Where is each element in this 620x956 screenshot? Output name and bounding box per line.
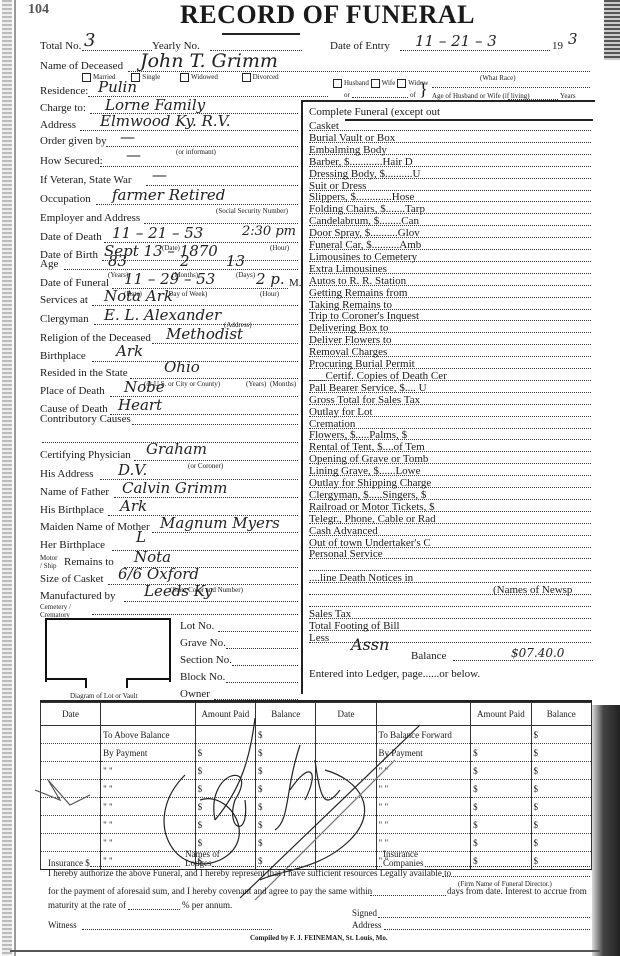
insurance-companies-field[interactable] (425, 866, 590, 867)
witness-field[interactable] (82, 929, 272, 930)
interest-rate-field[interactable] (128, 909, 180, 910)
signature-field[interactable] (378, 917, 590, 918)
insurance-label: Insurance $ (48, 858, 90, 868)
handwritten-signature-overlay (0, 0, 620, 956)
page-bottom-edge (10, 950, 600, 952)
funeral-director-field[interactable] (442, 876, 590, 877)
lodges-field[interactable] (212, 866, 382, 867)
signer-address-field[interactable] (384, 929, 590, 930)
insurance-amount-field[interactable] (90, 866, 180, 867)
address-label-footer: Address (352, 920, 382, 930)
signed-label: Signed (352, 908, 377, 918)
witness-label: Witness (48, 920, 77, 930)
authorization-text: I hereby authorize the above Funeral, an… (48, 868, 451, 878)
maturity-text: maturity at the rate of (48, 900, 126, 910)
days-field[interactable] (370, 895, 446, 896)
percent-per-annum-text: % per annum. (182, 900, 232, 910)
days-interest-text: days from date. Interest to accrue from (447, 886, 587, 896)
payment-covenant-text: for the payment of aforesaid sum, and I … (48, 886, 372, 896)
compiled-by-credit: Compiled by F. J. FEINEMAN, St. Louis, M… (250, 934, 388, 942)
